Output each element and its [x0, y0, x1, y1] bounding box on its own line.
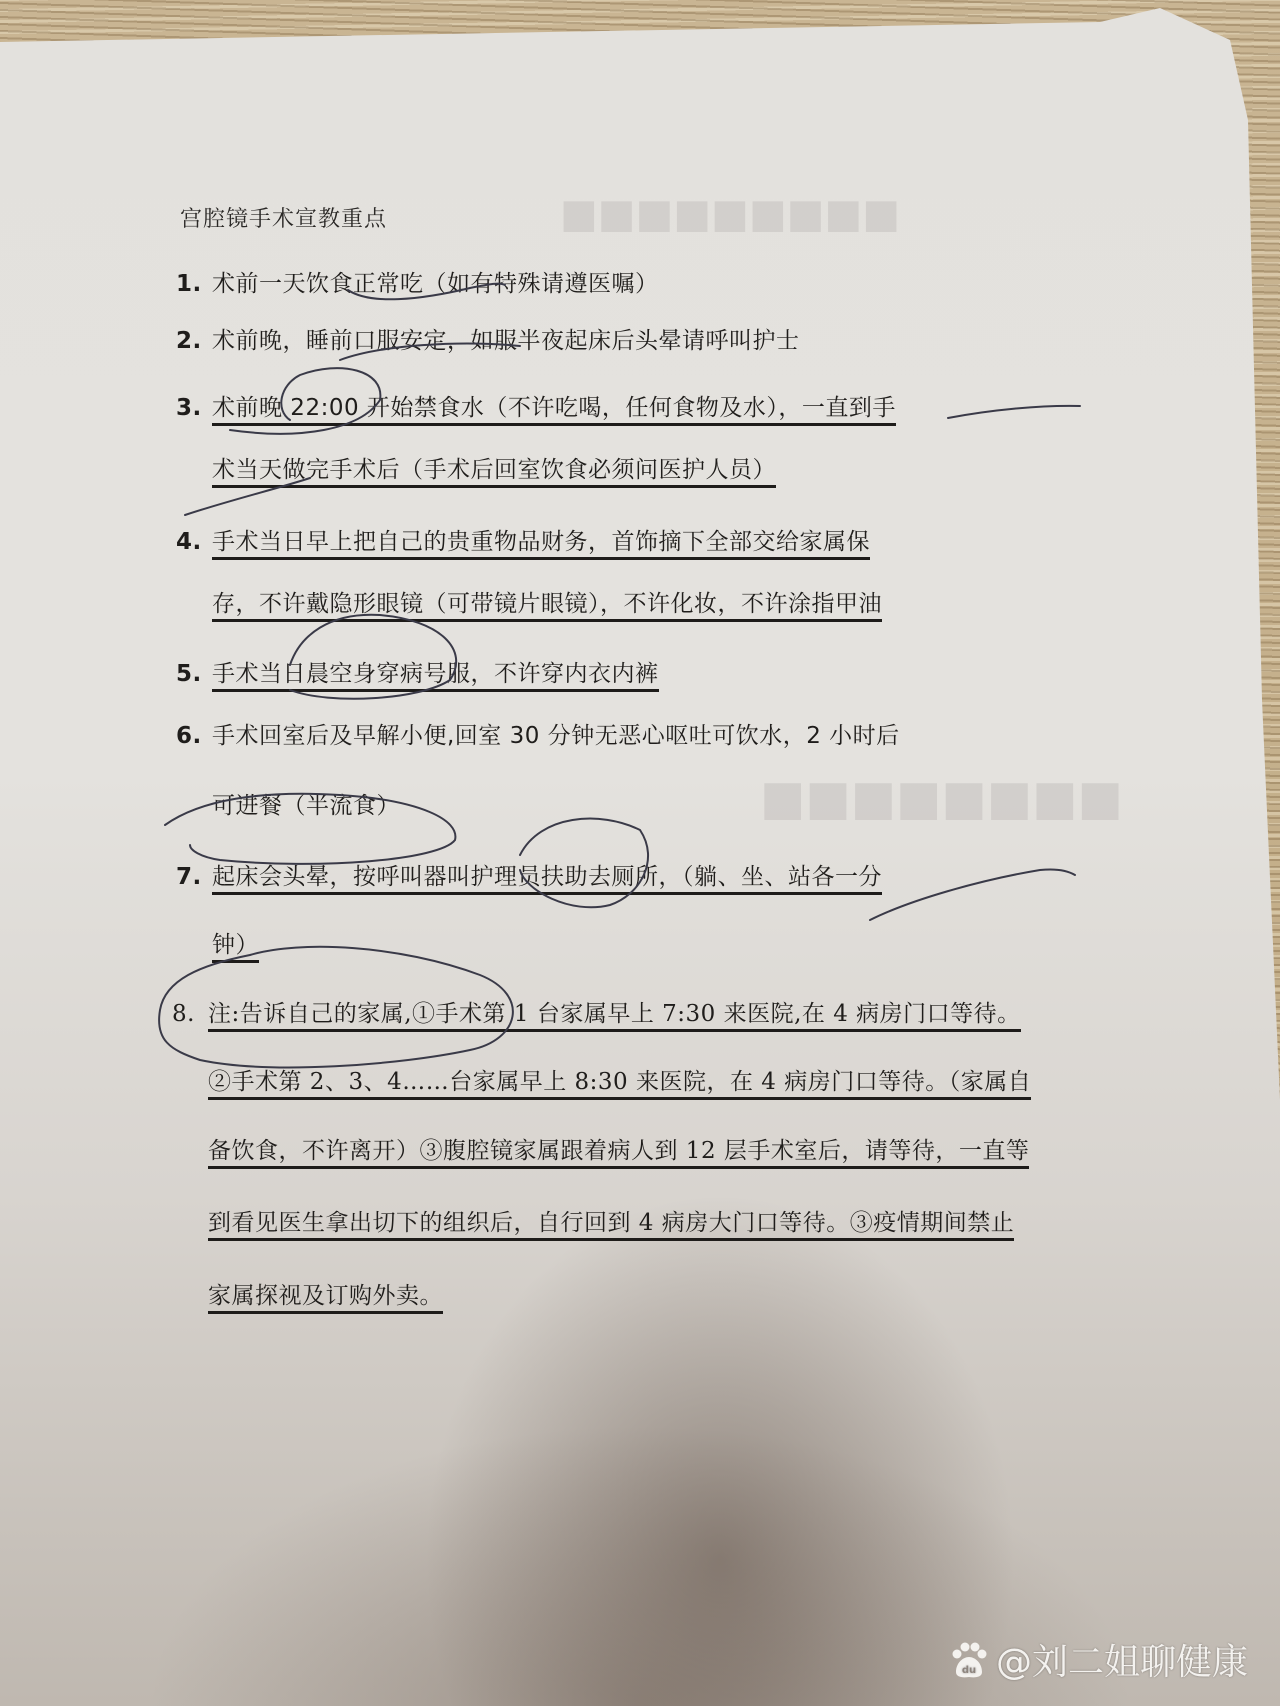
watermark: du @刘二姐聊健康 — [948, 1634, 1248, 1685]
item-number: 5. — [176, 661, 212, 687]
item-number: 1. — [176, 271, 212, 297]
list-item-8-cont-4: 家属探视及订购外卖。 — [208, 1277, 443, 1310]
item-text: 注:告诉自己的家属,①手术第 1 台家属早上 7:30 来医院,在 4 病房门口… — [208, 1001, 1021, 1032]
item-text: 手术当日早上把自己的贵重物品财务，首饰摘下全部交给家属保 — [212, 529, 870, 560]
list-item-3-cont: 术当天做完手术后（手术后回室饮食必须问医护人员） — [212, 451, 776, 484]
item-text: 术当天做完手术后（手术后回室饮食必须问医护人员） — [212, 457, 776, 488]
list-item-7: 7.起床会头晕，按呼叫器叫护理员扶助去厕所，（躺、坐、站各一分 — [176, 858, 882, 891]
item-text: 钟） — [212, 932, 259, 963]
list-item-4: 4.手术当日早上把自己的贵重物品财务，首饰摘下全部交给家属保 — [176, 523, 870, 556]
list-item-8-cont-2: 备饮食，不许离开）③腹腔镜家属跟着病人到 12 层手术室后，请等待，一直等 — [208, 1132, 1029, 1165]
list-item-6-cont: 可进餐（半流食） — [212, 787, 400, 820]
list-item-2: 2.术前晚，睡前口服安定，如服半夜起床后头晕请呼叫护士 — [176, 322, 800, 355]
baidu-paw-icon: du — [948, 1639, 990, 1681]
list-item-8: 8.注:告诉自己的家属,①手术第 1 台家属早上 7:30 来医院,在 4 病房… — [172, 995, 1021, 1028]
list-item-1: 1.术前一天饮食正常吃（如有特殊请遵医嘱） — [176, 265, 659, 298]
svg-text:du: du — [962, 1665, 976, 1676]
document: 宫腔镜手术宣教重点 1.术前一天饮食正常吃（如有特殊请遵医嘱） 2.术前晚，睡前… — [0, 0, 1280, 1706]
list-item-7-cont: 钟） — [212, 926, 259, 959]
item-text: 手术当日晨空身穿病号服，不许穿内衣内裤 — [212, 661, 659, 692]
list-item-6: 6.手术回室后及早解小便,回室 30 分钟无恶心呕吐可饮水，2 小时后 — [176, 717, 900, 750]
item-number: 7. — [176, 864, 212, 890]
list-item-8-cont-3: 到看见医生拿出切下的组织后，自行回到 4 病房大门口等待。③疫情期间禁止 — [208, 1204, 1014, 1237]
list-item-5: 5.手术当日晨空身穿病号服，不许穿内衣内裤 — [176, 655, 659, 688]
item-text: 术前晚，睡前口服安定，如服半夜起床后头晕请呼叫护士 — [212, 328, 800, 354]
item-number: 4. — [176, 529, 212, 555]
item-text: 家属探视及订购外卖。 — [208, 1283, 443, 1314]
list-item-8-cont-1: ②手术第 2、3、4……台家属早上 8:30 来医院，在 4 病房门口等待。（家… — [208, 1063, 1031, 1096]
list-item-3: 3.术前晚 22:00 开始禁食水（不许吃喝，任何食物及水），一直到手 — [176, 389, 896, 422]
item-number: 8. — [172, 1001, 208, 1027]
item-text: 存，不许戴隐形眼镜（可带镜片眼镜），不许化妆，不许涂指甲油 — [212, 591, 882, 622]
item-text: 术前晚 22:00 开始禁食水（不许吃喝，任何食物及水），一直到手 — [212, 395, 896, 426]
item-text: 到看见医生拿出切下的组织后，自行回到 4 病房大门口等待。③疫情期间禁止 — [208, 1210, 1014, 1241]
item-number: 6. — [176, 723, 212, 749]
item-text: 起床会头晕，按呼叫器叫护理员扶助去厕所，（躺、坐、站各一分 — [212, 864, 882, 895]
watermark-text: @刘二姐聊健康 — [996, 1634, 1248, 1685]
list-item-4-cont: 存，不许戴隐形眼镜（可带镜片眼镜），不许化妆，不许涂指甲油 — [212, 585, 882, 618]
item-text: 术前一天饮食正常吃（如有特殊请遵医嘱） — [212, 271, 659, 297]
item-text: 可进餐（半流食） — [212, 793, 400, 819]
item-number: 2. — [176, 328, 212, 354]
item-text: ②手术第 2、3、4……台家属早上 8:30 来医院，在 4 病房门口等待。（家… — [208, 1069, 1031, 1100]
item-text: 备饮食，不许离开）③腹腔镜家属跟着病人到 12 层手术室后，请等待，一直等 — [208, 1138, 1029, 1169]
document-title: 宫腔镜手术宣教重点 — [180, 202, 387, 233]
item-number: 3. — [176, 395, 212, 421]
item-text: 手术回室后及早解小便,回室 30 分钟无恶心呕吐可饮水，2 小时后 — [212, 723, 900, 749]
